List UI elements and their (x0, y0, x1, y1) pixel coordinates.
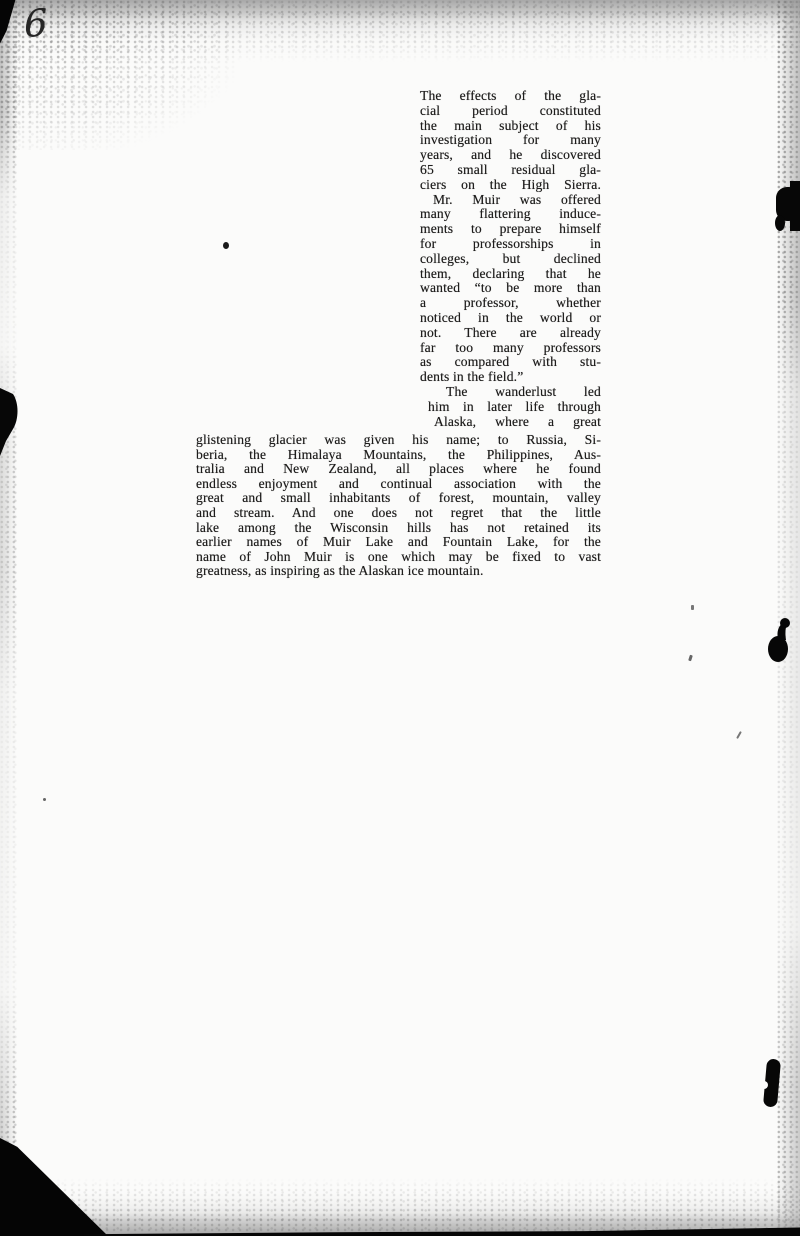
ink-blob-right-top (763, 181, 800, 233)
text-line: The wanderlust led (420, 385, 601, 400)
text-line: years, and he discovered (420, 148, 601, 163)
text-line: a professor, whether (420, 296, 601, 311)
text-line: Mr. Muir was offered (420, 193, 601, 208)
scan-grain-right-edge (777, 0, 800, 1236)
scan-grain-bottom (0, 1178, 800, 1236)
text-line: endless enjoyment and continual associat… (196, 477, 601, 492)
ink-speck (223, 242, 229, 249)
text-line: greatness, as inspiring as the Alaskan i… (196, 564, 601, 579)
text-line: not. There are already (420, 326, 601, 341)
scan-artifact-top-left-corner (0, 0, 22, 56)
ink-blob-left-edge (0, 388, 20, 456)
handwritten-page-number: 6 (23, 1, 48, 47)
text-line: colleges, but declined (420, 252, 601, 267)
ink-speck (736, 731, 742, 739)
ink-speck (43, 798, 46, 801)
text-line: many flattering induce- (420, 207, 601, 222)
ink-blob-right-lower (756, 1056, 786, 1110)
ink-blob-right-middle (762, 616, 792, 668)
text-line: cial period constituted (420, 104, 601, 119)
scan-artifact-bottom-strip (84, 1227, 800, 1236)
wide-text-column: glistening glacier was given his name; t… (196, 433, 601, 579)
text-line: great and small inhabitants of forest, m… (196, 491, 601, 506)
text-line: investigation for many (420, 133, 601, 148)
ink-speck (688, 655, 693, 662)
text-line: him in later life through (420, 400, 601, 415)
text-line: tralia and New Zealand, all places where… (196, 462, 601, 477)
text-line: them, declaring that he (420, 267, 601, 282)
narrow-text-column: The effects of the gla-cial period const… (420, 89, 601, 429)
text-line: dents in the field.” (420, 370, 601, 385)
text-line: name of John Muir is one which may be fi… (196, 550, 601, 565)
text-line: lake among the Wisconsin hills has not r… (196, 521, 601, 536)
scan-artifact-bottom-left-corner (0, 1138, 108, 1236)
text-line: far too many professors (420, 341, 601, 356)
text-line: glistening glacier was given his name; t… (196, 433, 601, 448)
text-line: earlier names of Muir Lake and Fountain … (196, 535, 601, 550)
text-line: ments to prepare himself (420, 222, 601, 237)
scan-grain-top (0, 0, 800, 62)
text-line: ciers on the High Sierra. (420, 178, 601, 193)
text-line: noticed in the world or (420, 311, 601, 326)
text-line: for professorships in (420, 237, 601, 252)
text-line: as compared with stu- (420, 355, 601, 370)
ink-speck (691, 605, 694, 610)
text-line: wanted “to be more than (420, 281, 601, 296)
scanned-page: 6 The effects of the gla-cial period con… (0, 0, 800, 1236)
text-line: the main subject of his (420, 119, 601, 134)
text-line: 65 small residual gla- (420, 163, 601, 178)
scan-grain-left-edge (0, 0, 17, 1236)
text-line: Alaska, where a great (420, 415, 601, 430)
text-line: beria, the Himalaya Mountains, the Phili… (196, 448, 601, 463)
text-line: and stream. And one does not regret that… (196, 506, 601, 521)
text-line: The effects of the gla- (420, 89, 601, 104)
